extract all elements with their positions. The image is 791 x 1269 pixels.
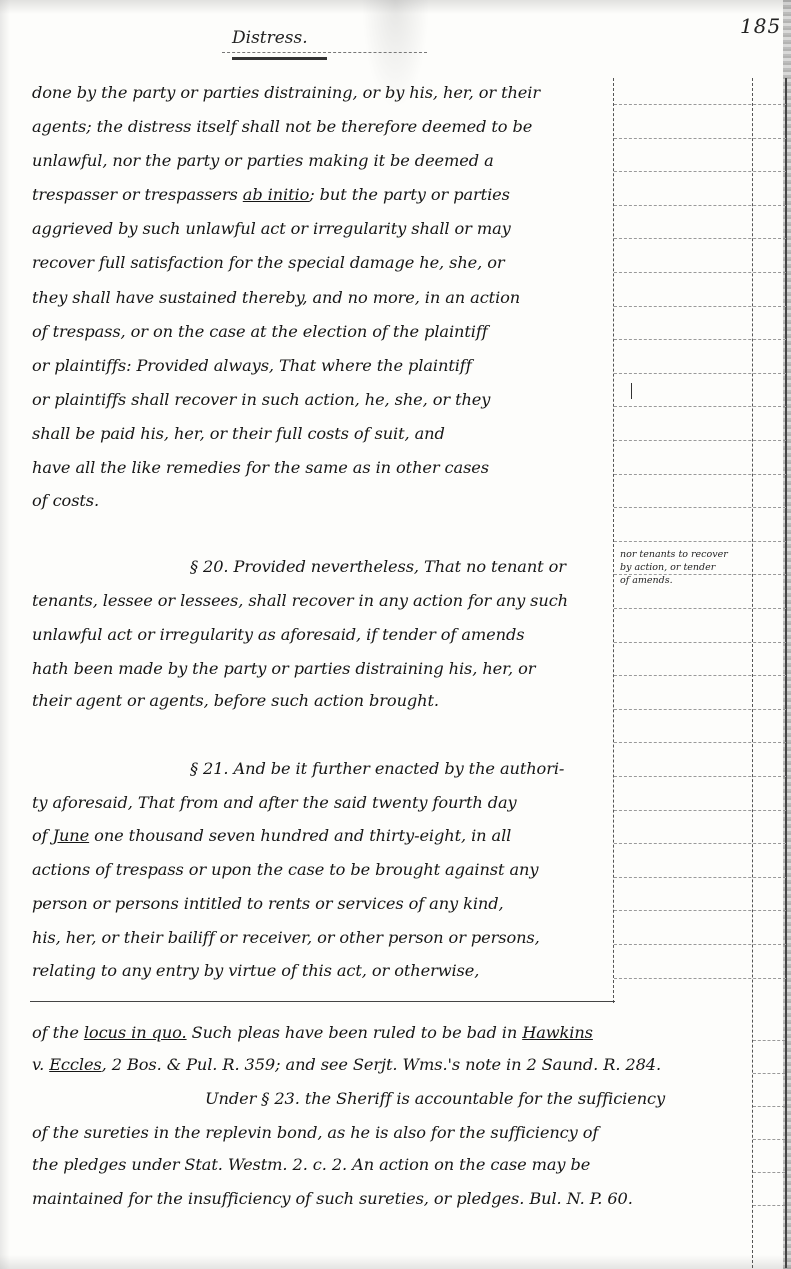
margin-rule-right — [752, 78, 753, 1268]
text-fragment: v. — [32, 1055, 49, 1074]
ruled-line — [614, 507, 786, 508]
ruled-line — [614, 171, 786, 172]
underlined-ab-initio: ab initio — [243, 185, 309, 204]
ruled-line — [753, 1040, 785, 1041]
section-21-line: relating to any entry by virtue of this … — [32, 960, 612, 982]
margin-note: nor tenants to recover by action, or ten… — [620, 548, 750, 587]
case-name-eccles: Eccles — [49, 1055, 101, 1074]
section-21-line: ty aforesaid, That from and after the sa… — [32, 792, 612, 814]
text-fragment: one thousand seven hundred and thirty-ei… — [89, 826, 511, 845]
text-line: done by the party or parties distraining… — [32, 82, 612, 104]
text-line: shall be paid his, her, or their full co… — [32, 423, 612, 445]
footnote-line: the pledges under Stat. Westm. 2. c. 2. … — [32, 1154, 752, 1176]
ruled-line — [614, 843, 786, 844]
text-line: aggrieved by such unlawful act or irregu… — [32, 218, 612, 240]
text-line: recover full satisfaction for the specia… — [32, 252, 612, 274]
ruled-line — [614, 205, 786, 206]
ruled-line — [614, 138, 786, 139]
ruled-line — [753, 1073, 785, 1074]
footnote-line: Under § 23. the Sheriff is accountable f… — [205, 1088, 745, 1110]
ruled-line — [753, 1205, 785, 1206]
ruled-line — [614, 810, 786, 811]
ruled-line — [753, 1106, 785, 1107]
section-20-line: unlawful act or irregularity as aforesai… — [32, 624, 612, 646]
ruled-line — [614, 339, 786, 340]
section-21-line: his, her, or their bailiff or receiver, … — [32, 927, 612, 949]
ruled-line — [614, 944, 786, 945]
footnote-line: of the locus in quo. Such pleas have bee… — [32, 1022, 752, 1044]
underlined-locus-in-quo: locus in quo. — [84, 1023, 187, 1042]
text-fragment: of — [32, 826, 53, 845]
page-edge-shadow — [0, 0, 10, 1269]
case-name-hawkins: Hawkins — [522, 1023, 593, 1042]
underlined-june: June — [53, 826, 90, 845]
ruled-line — [614, 306, 786, 307]
margin-tick-mark — [631, 383, 632, 399]
page-number: 185 — [740, 14, 781, 38]
ruled-line — [614, 373, 786, 374]
margin-note-line: of amends. — [620, 574, 750, 587]
text-fragment: trespasser or trespassers — [32, 185, 243, 204]
ruled-line — [614, 642, 786, 643]
ruled-line — [614, 474, 786, 475]
section-20-line: § 20. Provided nevertheless, That no ten… — [190, 556, 610, 578]
ruled-line — [614, 742, 786, 743]
ruled-line — [614, 272, 786, 273]
ruled-line — [753, 1172, 785, 1173]
ruled-line — [614, 440, 786, 441]
ruled-line — [614, 877, 786, 878]
section-21-line: actions of trespass or upon the case to … — [32, 859, 612, 881]
text-line: or plaintiffs shall recover in such acti… — [32, 389, 612, 411]
text-line: unlawful, nor the party or parties makin… — [32, 150, 612, 172]
section-20-line: tenants, lessee or lessees, shall recove… — [32, 590, 612, 612]
margin-note-line: by action, or tender — [620, 561, 750, 574]
footnote-line: of the sureties in the replevin bond, as… — [32, 1122, 752, 1144]
text-line: they shall have sustained thereby, and n… — [32, 287, 612, 309]
ruled-line — [614, 406, 786, 407]
ruled-line — [614, 104, 786, 105]
page-heading: Distress. — [232, 28, 308, 48]
ruled-line — [614, 675, 786, 676]
ruled-line — [614, 238, 786, 239]
ruled-line — [753, 1139, 785, 1140]
section-21-line: § 21. And be it further enacted by the a… — [190, 758, 610, 780]
heading-rule — [222, 52, 427, 53]
text-fragment: , 2 Bos. & Pul. R. 359; and see Serjt. W… — [102, 1055, 661, 1074]
ruled-line — [614, 541, 786, 542]
margin-note-line: nor tenants to recover — [620, 548, 750, 561]
ruled-line — [614, 910, 786, 911]
text-fragment: ; but the party or parties — [309, 185, 510, 204]
ruled-line — [614, 776, 786, 777]
section-21-line-june: of June one thousand seven hundred and t… — [32, 825, 612, 847]
text-line: have all the like remedies for the same … — [32, 457, 612, 479]
footnote-divider — [30, 1001, 615, 1002]
page-border-rule — [785, 78, 787, 1268]
ruled-line — [614, 978, 786, 979]
text-fragment: of the — [32, 1023, 84, 1042]
section-20-line: hath been made by the party or parties d… — [32, 658, 612, 680]
section-21-line: person or persons intitled to rents or s… — [32, 893, 612, 915]
text-line-ab-initio: trespasser or trespassers ab initio; but… — [32, 184, 612, 206]
text-fragment: Such pleas have been ruled to be bad in — [187, 1023, 523, 1042]
text-line: of costs. — [32, 490, 612, 512]
footnote-line: maintained for the insufficiency of such… — [32, 1188, 752, 1210]
heading-underline — [232, 57, 327, 60]
ruled-line — [614, 608, 786, 609]
text-line: agents; the distress itself shall not be… — [32, 116, 612, 138]
manuscript-page: 185 Distress. done by the party or parti… — [0, 0, 791, 1269]
text-line: or plaintiffs: Provided always, That whe… — [32, 355, 612, 377]
footnote-line: v. Eccles, 2 Bos. & Pul. R. 359; and see… — [32, 1054, 752, 1076]
ruled-line — [614, 709, 786, 710]
section-20-line: their agent or agents, before such actio… — [32, 690, 612, 712]
text-line: of trespass, or on the case at the elect… — [32, 321, 612, 343]
